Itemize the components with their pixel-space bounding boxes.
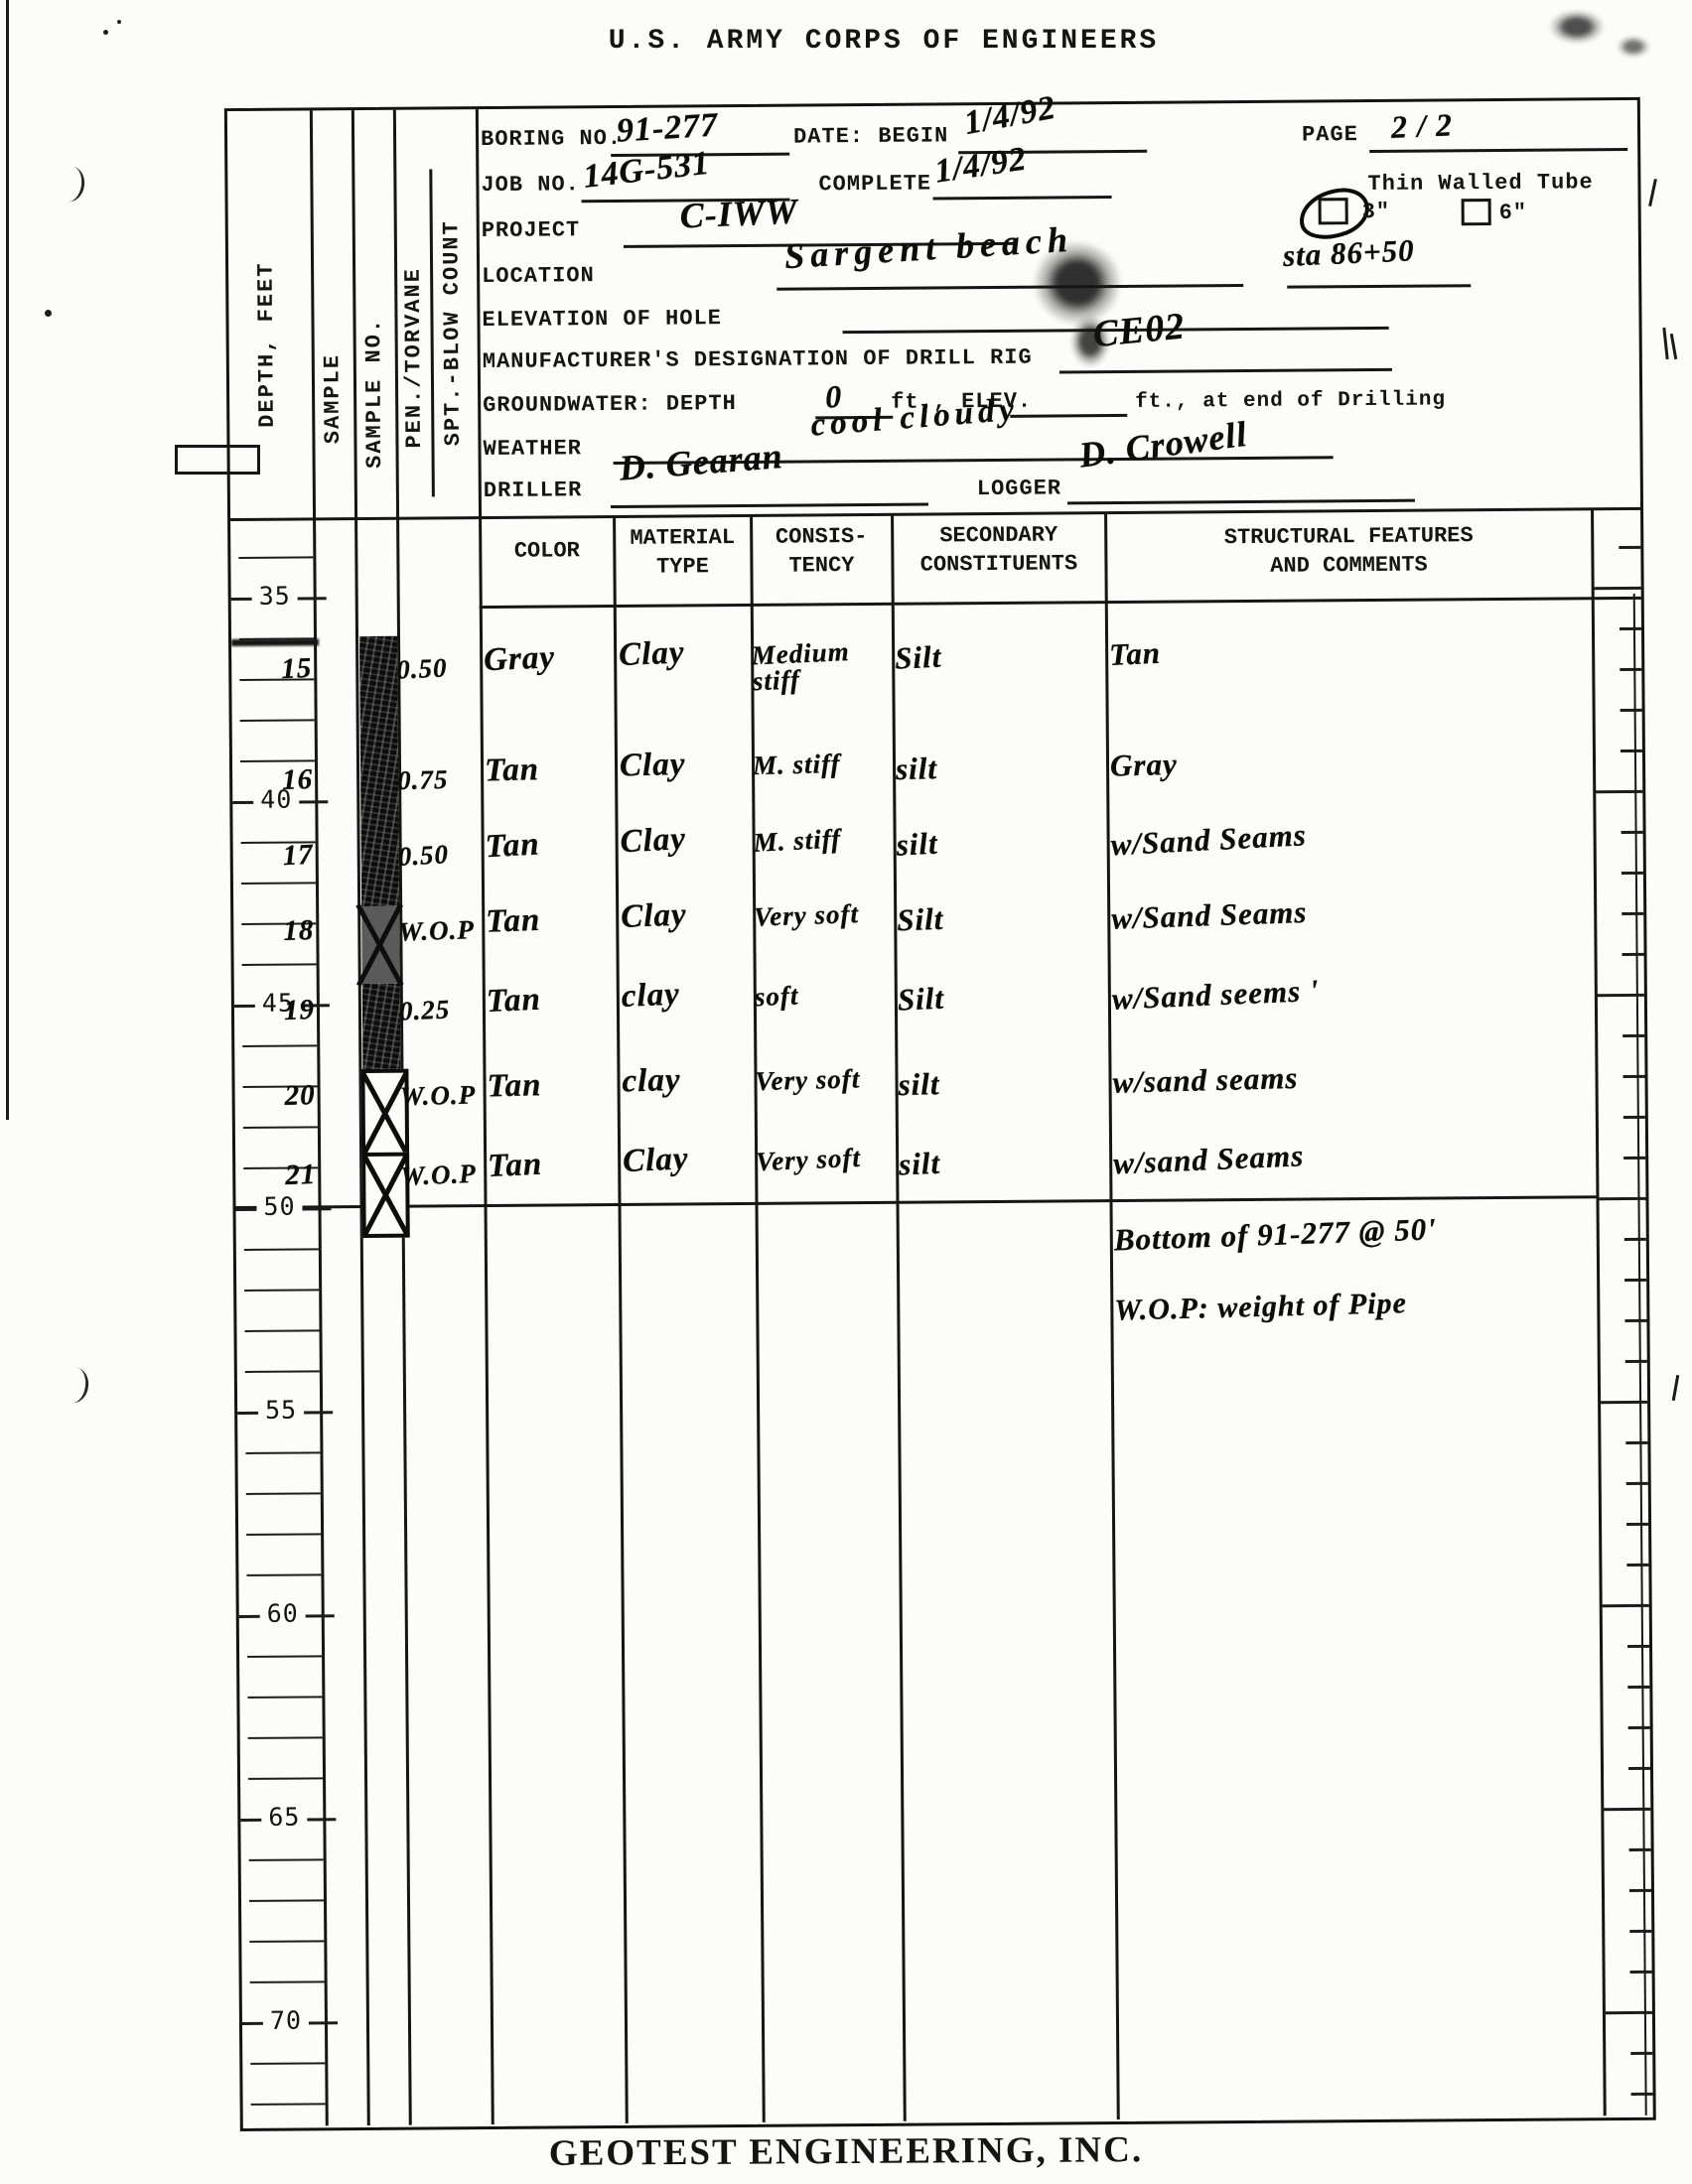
row-20-pen: W.O.P	[399, 1079, 476, 1112]
row-16-no: 16	[282, 763, 314, 797]
right-ruler-tick-long	[1598, 1197, 1645, 1200]
depth-tick	[242, 963, 317, 966]
depth-tick	[247, 1655, 322, 1658]
row-15-secondary: Silt	[894, 639, 942, 677]
column-header-material-type: MATERIAL TYPE	[615, 524, 750, 582]
bottom-of-boring-line	[236, 1195, 1597, 1209]
page-value: 2 / 2	[1390, 106, 1453, 146]
rig-label: MANUFACTURER'S DESIGNATION OF DRILL RIG	[483, 345, 1033, 374]
depth-label-70: 70	[263, 2006, 309, 2035]
row-20-no: 20	[284, 1079, 316, 1113]
depth-tick	[238, 556, 313, 559]
right-ruler-tick-long	[1605, 2011, 1652, 2014]
row-16-secondary: silt	[896, 751, 938, 787]
right-ruler-tick	[1623, 1157, 1645, 1160]
depth-tick	[246, 1533, 321, 1536]
row-16-material: Clay	[620, 747, 686, 785]
right-ruler-tick-long	[1597, 994, 1644, 997]
row-18-no: 18	[283, 914, 315, 948]
boring-log-form: BORING NO. DATE: BEGIN PAGE JOB NO. COMP…	[224, 97, 1656, 2131]
date-begin-label: DATE: BEGIN	[793, 123, 948, 149]
row-20-consistency: Very soft	[755, 1066, 893, 1095]
right-ruler-tick	[1620, 627, 1641, 630]
row-19-consistency: soft	[754, 979, 892, 1011]
ink-smudge-location	[1033, 240, 1122, 326]
location-underline	[776, 284, 1243, 291]
row-21-no: 21	[285, 1159, 317, 1192]
row-18-material: Clay	[621, 897, 688, 936]
rig-underline	[1059, 368, 1392, 374]
groundwater-label: GROUNDWATER: DEPTH	[483, 391, 737, 418]
location-sta-value: sta 86+50	[1282, 232, 1415, 274]
logger-value: D. Crowell	[1077, 413, 1250, 477]
tube-6in-checkbox[interactable]	[1462, 199, 1491, 225]
right-ruler-tick	[1630, 2052, 1652, 2055]
row-15-comments: Tan	[1108, 635, 1161, 673]
right-ruler-tick	[1621, 709, 1642, 712]
corner-smudge-2	[1617, 36, 1650, 58]
right-ruler-tick	[1624, 1279, 1646, 1282]
pen-torvane-column-label: PEN./TORVANE	[395, 208, 433, 506]
project-value: C-IWW	[679, 190, 799, 236]
row-20-secondary: silt	[898, 1066, 940, 1103]
row-16-color: Tan	[485, 751, 540, 789]
column-header-bottom-line	[480, 597, 1641, 609]
right-ruler-tick	[1629, 1889, 1651, 1892]
groundwater-end-label: ft., at end of Drilling	[1135, 388, 1446, 413]
right-ruler-tick	[1628, 1726, 1650, 1729]
header-bottom-line	[230, 507, 1640, 521]
row-19-comments: w/Sand seems '	[1111, 973, 1320, 1018]
row-17-comments: w/Sand Seams	[1110, 817, 1308, 863]
row-16-consistency: M. stiff	[753, 751, 891, 779]
right-ruler-tick	[1625, 1360, 1647, 1363]
row-16-comments: Gray	[1110, 747, 1179, 784]
location-value: Sargent beach	[783, 218, 1074, 277]
right-ruler-tick	[1621, 872, 1643, 875]
row-19-color: Tan	[486, 982, 542, 1021]
row-18-comments: w/Sand Seams	[1111, 894, 1308, 937]
row-15-consistency: Medium stiff	[751, 637, 890, 694]
row-19-secondary: Silt	[897, 981, 945, 1019]
date-begin-value: 1/4/92	[961, 89, 1058, 143]
elevation-label: ELEVATION OF HOLE	[482, 306, 722, 333]
depth-label-35: 35	[252, 582, 298, 611]
column-header-color: COLOR	[481, 537, 613, 567]
column-header-structural-features: STRUCTURAL FEATURES AND COMMENTS	[1106, 521, 1591, 582]
right-ruler-tick	[1629, 1930, 1651, 1933]
depth-label-65: 65	[261, 1803, 307, 1832]
depth-tick	[250, 1980, 325, 1983]
driller-label: DRILLER	[484, 478, 583, 503]
driller-underline	[611, 503, 928, 509]
scanned-boring-log-page: { "title": "U.S. ARMY CORPS OF ENGINEERS…	[0, 0, 1692, 2184]
row-20-material: clay	[622, 1062, 681, 1100]
depth-tick	[246, 1573, 321, 1576]
depth-tick	[246, 1492, 321, 1495]
depth-tick	[248, 1777, 323, 1780]
right-ruler-tick	[1622, 1034, 1644, 1037]
depth-tick	[251, 2103, 326, 2106]
pen-paren-mark-bottom	[68, 1367, 91, 1405]
right-ruler-tick	[1626, 1482, 1648, 1485]
ink-dot	[45, 310, 52, 317]
ruler-start-tab	[175, 445, 260, 475]
depth-tick	[242, 1044, 317, 1047]
logger-underline	[1067, 499, 1415, 505]
groundwater-elev-underline	[1010, 414, 1127, 418]
depth-tick	[240, 759, 315, 762]
depth-tick	[244, 1248, 319, 1251]
right-ruler-tick	[1624, 1319, 1646, 1322]
spt-blow-count-column-label: SPT.-BLOW COUNT	[432, 169, 473, 496]
row-20-color: Tan	[487, 1067, 542, 1105]
row-20-comments: w/sand seams	[1112, 1060, 1299, 1101]
depth-tick	[250, 2062, 325, 2065]
row-15-color: Gray	[483, 639, 555, 679]
row-17-no: 17	[282, 839, 315, 874]
right-ruler-tick-long	[1594, 587, 1641, 590]
date-complete-label: COMPLETE	[818, 171, 931, 197]
depth-tick	[244, 1289, 319, 1292]
sample-recovery-shaded-bar-lower	[362, 984, 401, 1071]
row-17-secondary: silt	[896, 826, 939, 864]
right-ruler-tick	[1621, 912, 1643, 915]
right-ruler-tick-long	[1602, 1604, 1649, 1607]
thin-walled-tube-label: Thin Walled Tube	[1367, 170, 1593, 197]
right-ruler-tick	[1622, 953, 1644, 956]
right-ruler-tick	[1625, 1441, 1647, 1444]
depth-label-50: 50	[256, 1192, 302, 1221]
row-16-pen: 0.75	[397, 764, 449, 796]
row-15-pen: 0.50	[396, 652, 449, 685]
depth-tick	[249, 1899, 324, 1902]
speck-dot-2	[117, 20, 121, 24]
row-21-consistency: Very soft	[756, 1144, 894, 1175]
company-name: GEOTEST ENGINEERING, INC.	[0, 2125, 1692, 2178]
depth-tick	[243, 1126, 318, 1129]
boring-no-value: 91-277	[616, 107, 719, 151]
row-15-material: Clay	[618, 634, 685, 674]
row-21-material: Clay	[622, 1141, 689, 1180]
location-sta-underline	[1287, 284, 1471, 288]
row-17-pen: 0.50	[397, 839, 450, 873]
right-ruler-tick	[1630, 1971, 1652, 1974]
right-ruler-tick-long	[1603, 1808, 1650, 1811]
row-15-no: 15	[281, 652, 313, 686]
row-19-no: 19	[283, 994, 315, 1027]
speck-dot-1	[103, 30, 108, 35]
document-title: U.S. ARMY CORPS OF ENGINEERS	[417, 26, 1350, 57]
bottom-of-boring-note: Bottom of 91-277 @ 50'	[1113, 1211, 1437, 1258]
depth-tick	[244, 1329, 319, 1332]
row-19-material: clay	[621, 976, 680, 1015]
depth-label-60: 60	[260, 1599, 306, 1628]
depth-tick	[245, 1370, 320, 1373]
scan-edge-line	[6, 0, 9, 1120]
right-ruler-tick	[1626, 1523, 1648, 1526]
right-border-double-line	[1633, 594, 1647, 2116]
row-18-color: Tan	[486, 902, 541, 941]
tube-3in-label: 3"	[1362, 200, 1391, 224]
job-no-value: 14G-531	[582, 145, 712, 197]
boring-no-label: BORING NO.	[481, 126, 622, 152]
project-label: PROJECT	[482, 217, 581, 243]
row-19-pen: 0.25	[398, 994, 451, 1026]
ink-smudge-location-2	[1070, 316, 1110, 367]
right-ruler-tick-long	[1600, 1401, 1647, 1404]
row-21-comments: w/sand Seams	[1112, 1138, 1304, 1181]
right-ruler-tick	[1626, 1564, 1648, 1567]
sample-recovery-shaded-bar	[359, 636, 399, 906]
right-ruler-tick-long	[1595, 790, 1642, 793]
sample-column-label: SAMPLE	[312, 269, 353, 527]
pen-paren-mark-top	[64, 166, 87, 204]
depth-tick	[247, 1696, 322, 1699]
depth-tick	[248, 1736, 323, 1739]
location-label: LOCATION	[482, 263, 595, 289]
right-ruler-inner-line	[1591, 509, 1607, 2116]
row-17-material: Clay	[620, 821, 687, 861]
page-label: PAGE	[1302, 122, 1358, 147]
right-ruler-tick	[1620, 668, 1641, 671]
column-header-consistency: CONSIS- TENCY	[752, 523, 891, 581]
margin-mark-2	[1662, 328, 1668, 359]
page-underline	[1369, 148, 1627, 153]
right-ruler-tick	[1623, 1075, 1645, 1078]
date-complete-underline	[933, 196, 1112, 200]
right-ruler-tick	[1621, 831, 1643, 834]
column-header-secondary-constituents: SECONDARY CONSTITUENTS	[893, 521, 1104, 580]
depth-tick	[241, 882, 316, 885]
depth-tick	[249, 1940, 324, 1943]
right-ruler-tick	[1631, 2093, 1653, 2096]
weather-label: WEATHER	[483, 436, 582, 462]
depth-tick	[240, 719, 315, 722]
margin-mark-4	[1672, 1375, 1679, 1401]
corner-smudge-1	[1549, 10, 1605, 44]
depth-tick	[245, 1451, 320, 1454]
depth-label-55: 55	[258, 1396, 304, 1425]
sample-no-column-label: SAMPLE NO.	[353, 259, 395, 527]
wop-definition-note: W.O.P: weight of Pipe	[1114, 1287, 1407, 1327]
row-17-color: Tan	[485, 826, 541, 866]
row-18-secondary: Silt	[897, 901, 944, 939]
right-ruler-tick	[1627, 1686, 1649, 1689]
depth-tick	[249, 1858, 324, 1861]
right-ruler-tick	[1624, 1238, 1646, 1241]
right-ruler-tick	[1628, 1767, 1650, 1770]
driller-value: D. Gearan	[618, 435, 784, 489]
tube-6in-label: 6"	[1499, 201, 1528, 225]
right-ruler-tick	[1619, 546, 1640, 549]
margin-mark-3	[1670, 334, 1677, 359]
row-18-pen: W.O.P	[398, 914, 476, 948]
logger-label: LOGGER	[977, 476, 1061, 501]
row-21-color: Tan	[487, 1147, 543, 1185]
margin-mark-1	[1648, 179, 1657, 206]
sample-18-x-mark	[359, 906, 400, 984]
right-ruler-tick	[1621, 750, 1642, 752]
right-ruler-tick	[1627, 1645, 1649, 1648]
row-18-consistency: Very soft	[754, 900, 892, 930]
row-21-secondary: silt	[898, 1146, 940, 1183]
job-no-label: JOB NO.	[481, 172, 580, 198]
row-17-consistency: M. stiff	[753, 824, 891, 857]
row-21-pen: W.O.P	[400, 1159, 478, 1192]
right-ruler-tick	[1623, 1116, 1645, 1119]
right-ruler-tick	[1629, 1848, 1651, 1851]
